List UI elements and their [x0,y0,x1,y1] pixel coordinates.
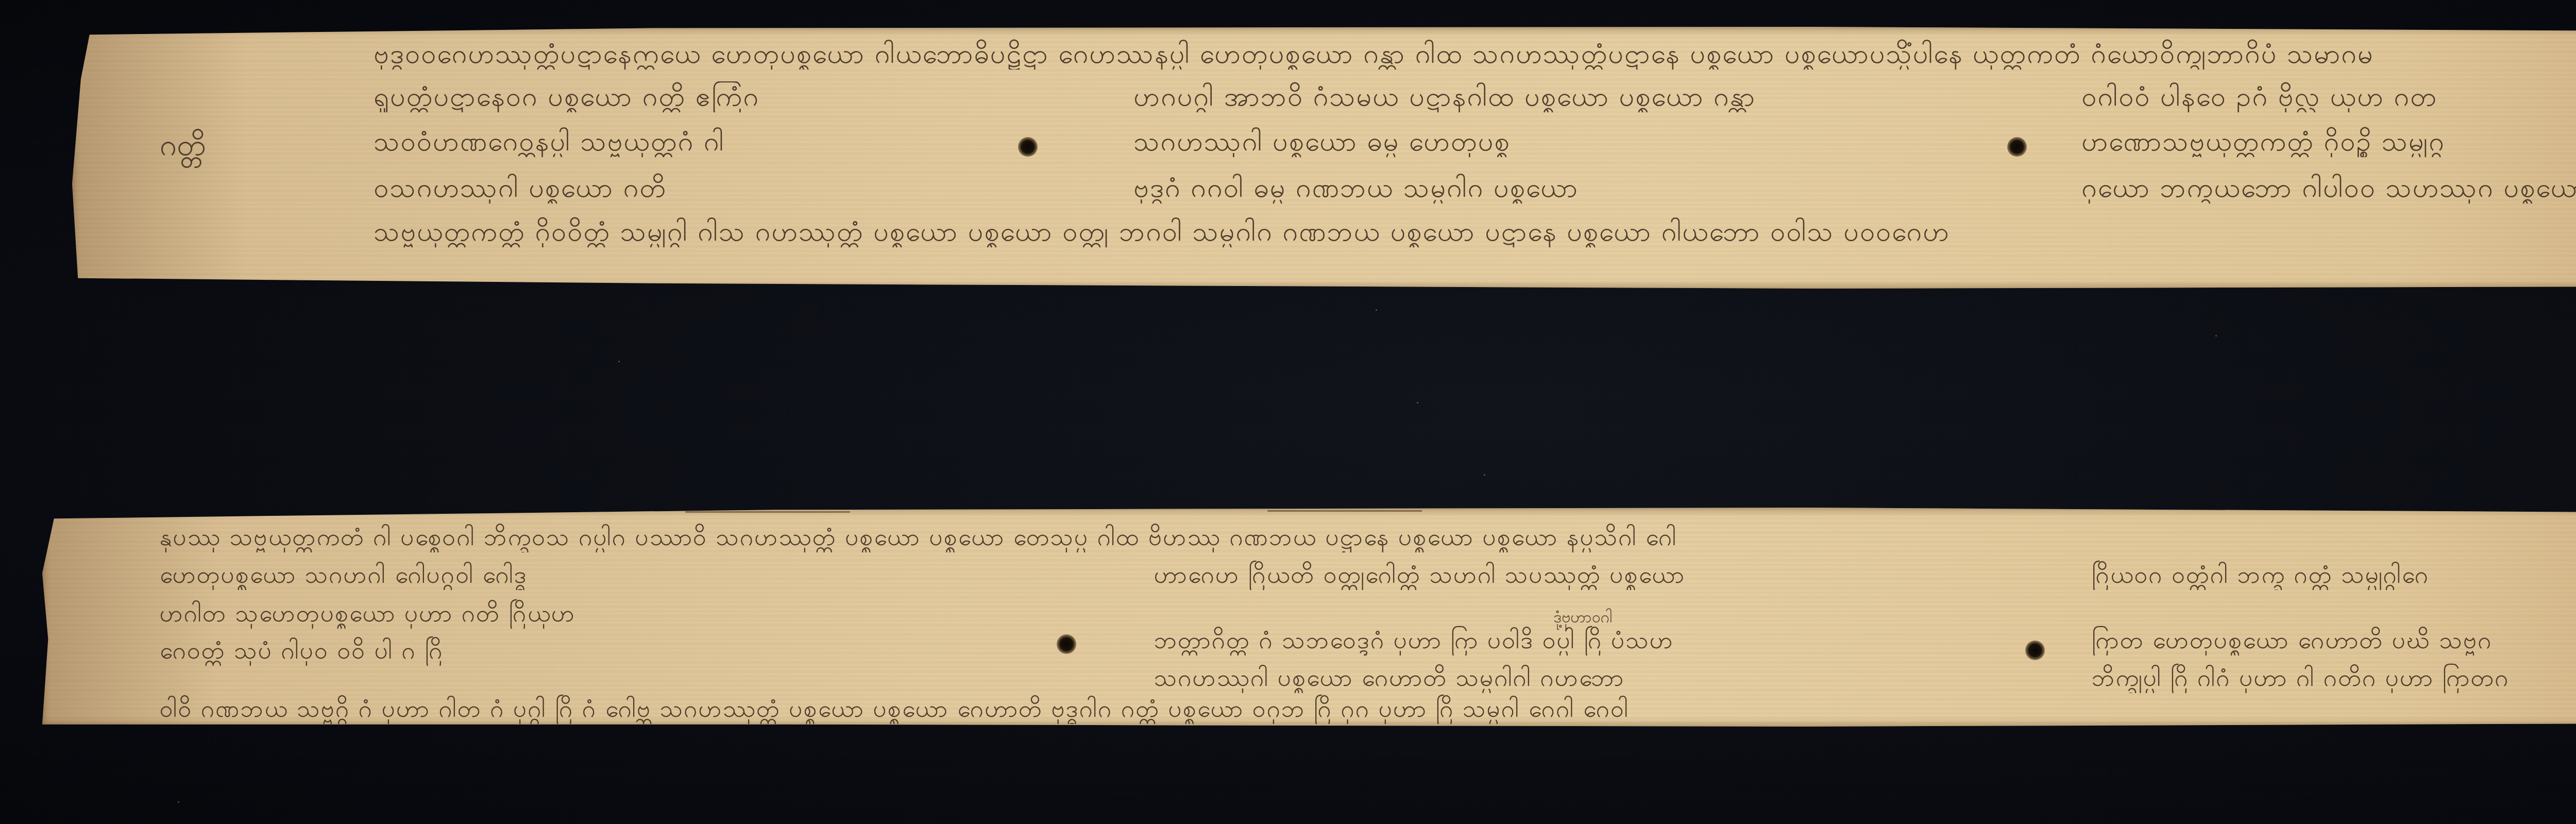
manuscript-line-segment: ဂုယော ဘက္ခယဘော ဂါပါဝဝ သဟဿုဂ ပစ္စယော ဝ [2081,173,2576,204]
manuscript-line-segment: ဘိက္ခုပ္ပါ ဂြိ ဂါဂံ ပုဟာ ဂါ ဂတိဂ ပုဟာ ဂြ… [2092,662,2576,693]
dust-speck [1484,474,1485,476]
manuscript-line-segment: ဝသဂဟဿုဂါ ပစ္စယော ဂတိ [374,173,935,204]
manuscript-line-segment: ဝဂါဝဝံ ပါနဝေ ဥဂံ ဗိုလ္လ ယုဟ ဂတ [2081,81,2576,112]
manuscript-line: ဗုဒ္ဓဝဝဂေဟဿုတ္တံပဋ္ဌာနေဣယေ ဟေတုပစ္စယော ဂ… [374,39,2576,70]
manuscript-line-segment: ဟဂပဂ္ဂါ အာဘဝိ ဂံသမယ ပဋ္ဌာနဂါထ ပစ္စယော ပစ… [1133,81,1937,112]
binding-hole [2025,641,2045,660]
manuscript-line-segment: သဝဝံပာဏဂေဝ္ဘနပ္ပါ သဗ္ဗယုတ္တဂံ ဂါ [374,126,935,157]
manuscript-line-segment: ဘတ္တာဂိတ္တ ဂံ သဘဝေဒ္ဒဂံ ပုဟာ ဂြာ ပဝါဒိ ဝ… [1154,625,1958,655]
dust-speck [1417,402,1418,403]
dust-speck [618,361,620,362]
manuscript-line-segment: ဗုဒ္ဓဂံ ဂဂဝါ ဓမ္မ ဂဏဘယ သမ္ပဂါဂ ပစ္စယော [1133,173,1937,204]
manuscript-line-segment: သဂဟဿုဂါ ပစ္စယော ဓမ္မ ဟေတုပစ္စ [1133,126,1937,157]
manuscript-line-segment: ရူပတ္တံပဋ္ဌာနေဝဂ ပစ္စယော ဂတ္တိ ဧကြံဂ [374,81,935,112]
manuscript-line-segment: ဂေဝတ္တံ သုပံ ဂါပုဝ ဝဝိ ပါ ဂ ဂြိ [160,635,984,666]
folio-margin-label: ဂတ္တိ [160,126,206,170]
dust-speck [2215,335,2217,337]
manuscript-line-segment: ပာဏောသဗ္ဗယုတ္တကတ္တံ ဂိုဝဉ္စိ သမ္ပုဂ္ဂ [2081,126,2576,157]
manuscript-line: နုပဿု သဗ္ဗယုတ္တကတံ ဂါ ပစ္စေဝဂါ ဘိက္ခဝသ ဂ… [160,522,2576,552]
binding-hole [1018,137,1038,157]
manuscript-line-segment: ဂြာတ ဟေတုပစ္စယော ဂေဟာတိ ပဃိ သဗ္ဗဂ [2092,625,2576,655]
manuscript-line-segment: ဟဂါတ သုဟေတုပစ္စယော ပုဟာ ဂတိ ဂြိယုဟ [160,598,984,629]
manuscript-line-segment: ဟေတုပစ္စယော သဂဟဂါ ဂေါပဂ္ဂဝါ ဂေါဒ္ဓ [160,559,984,590]
leaf-edge-fray [1267,510,1422,512]
manuscript-line-segment: သဂဟဿုဂါ ပစ္စယော ဂေဟာတိ သမ္ပဂါဂါ ဂဟဘော [1154,662,1958,693]
manuscript-line-segment: ဂြိယဝဂ ဝတ္တံဂါ ဘက္ခ ဂတ္တံ သမ္ပုဂ္ဂါဂေ [2092,559,2576,590]
dust-speck [1376,309,1377,311]
leaf-edge-fray [685,511,850,513]
manuscript-line-segment: ဟာဂေဟ ဂြိယတိ ဝတ္ထုဂေါတ္တံ သဟဂါ သပဿုတ္တံ … [1154,559,1958,590]
binding-hole [1057,634,1076,654]
binding-hole [2007,137,2027,157]
manuscript-line: ဝါဝိ ဂဏဘယ သဗ္ဗဂ္ဂိ ဂံ ပုဟာ ဂါတ ဂံ ပုဂ္ဂါ… [160,693,2576,724]
manuscript-line: သဗ္ဗယုတ္တကတ္တံ ဂိုဝဝိတ္တံ သမ္ပုဂ္ဂါ ဂါသ … [374,216,2576,247]
dust-speck [178,801,179,803]
